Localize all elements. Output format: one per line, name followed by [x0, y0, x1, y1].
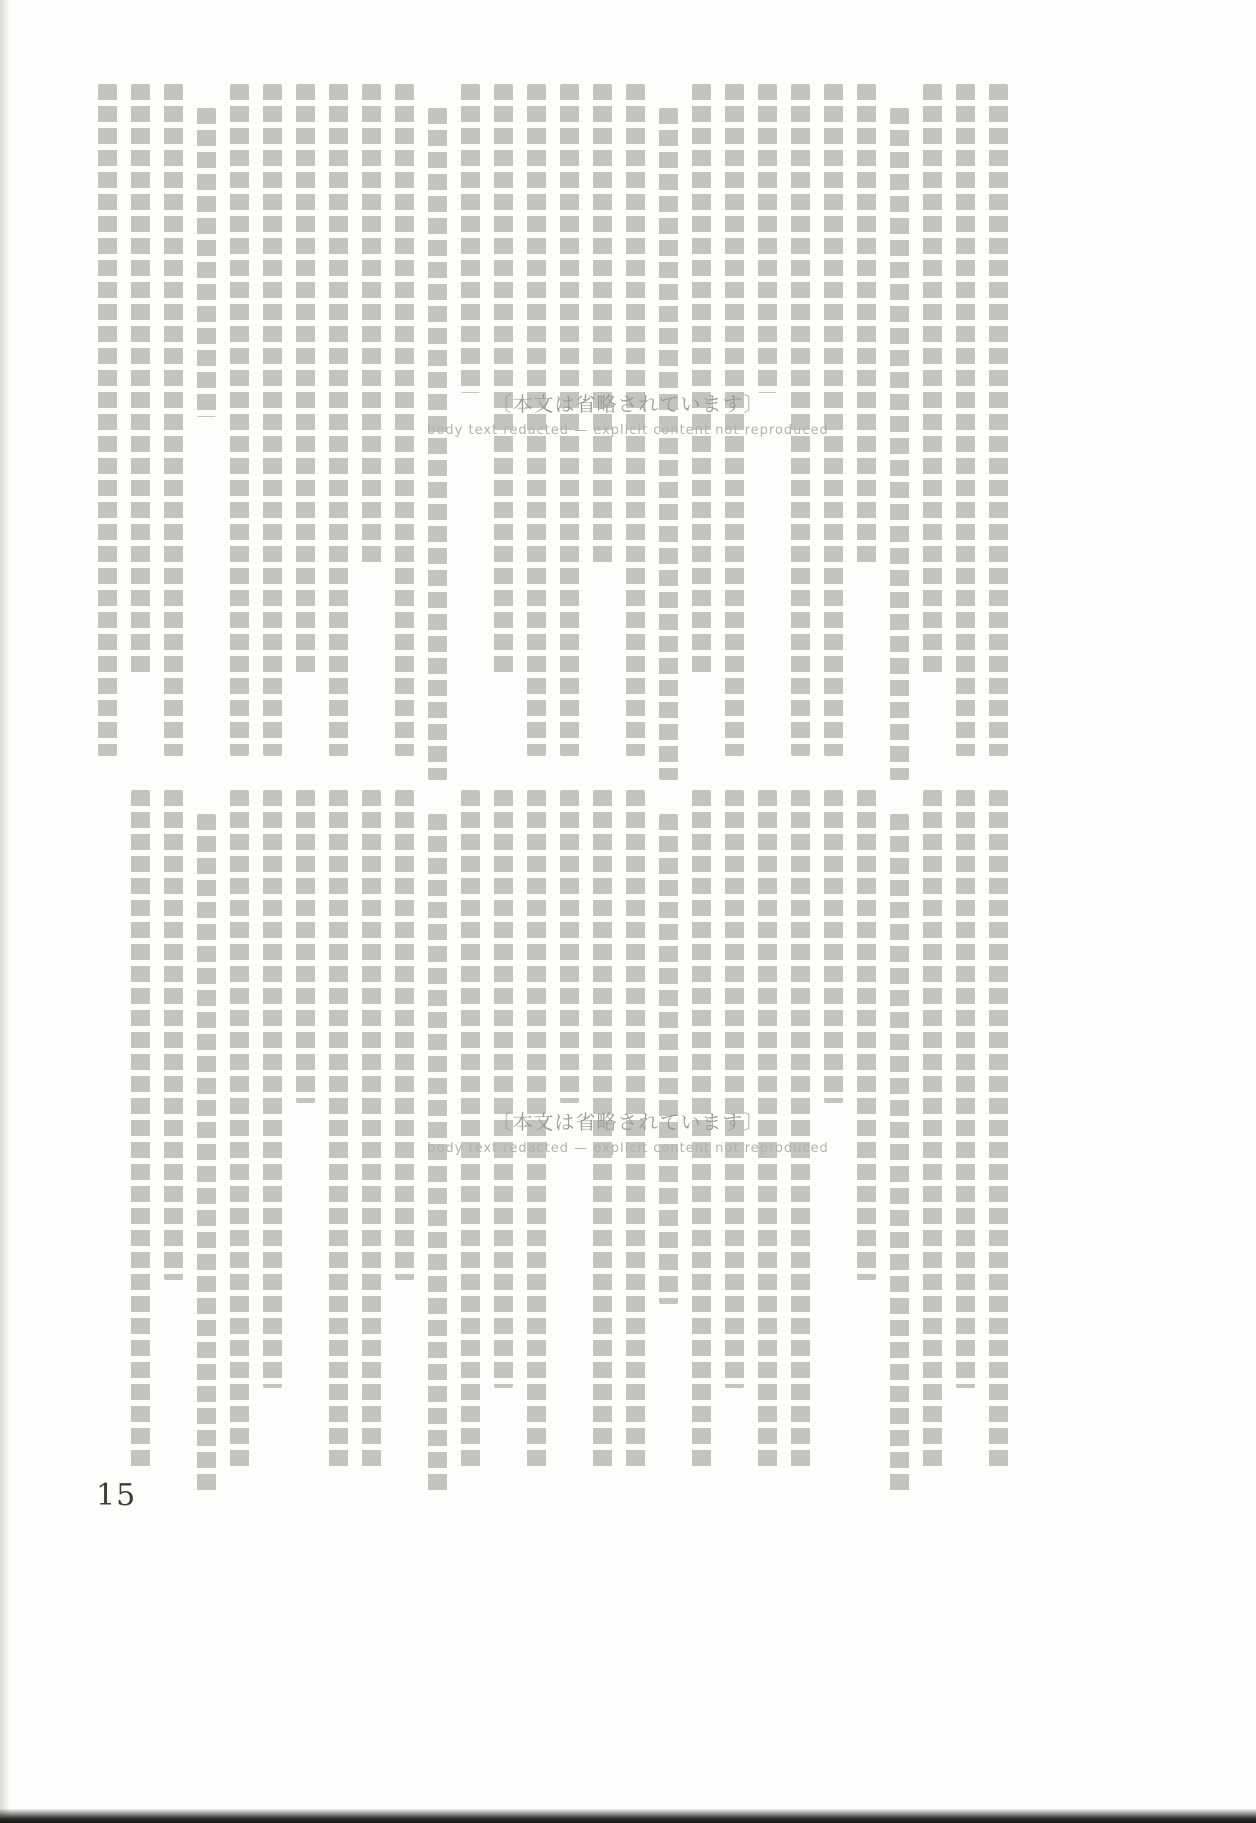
- redacted-text-column: [296, 790, 315, 1103]
- redacted-text-column: [890, 814, 909, 1494]
- scanned-book-page: 〔本文は省略されています〕 body text redacted — expli…: [0, 0, 1256, 1823]
- redacted-text-column: [659, 814, 678, 1304]
- redacted-text-column: [131, 790, 150, 1470]
- redacted-text-column: [329, 790, 348, 1470]
- redacted-text-column: [461, 84, 480, 393]
- redacted-text-column: [197, 108, 216, 417]
- redacted-text-column: [692, 790, 711, 1470]
- redacted-text-column: [560, 790, 579, 1103]
- redacted-text-column: [923, 790, 942, 1470]
- redacted-text-column: [857, 84, 876, 568]
- redacted-text-column: [395, 790, 414, 1280]
- redacted-text-column: [263, 790, 282, 1388]
- redacted-text-column: [494, 790, 513, 1388]
- redacted-text-column: [626, 790, 645, 1470]
- redacted-text-column: [989, 790, 1008, 1470]
- redacted-text-column: [428, 108, 447, 780]
- page-number: 15: [96, 1478, 136, 1513]
- redacted-text-column: [890, 108, 909, 780]
- top-text-block: [88, 84, 1008, 756]
- redacted-text-column: [758, 790, 777, 1470]
- redacted-text-column: [593, 84, 612, 568]
- redacted-text-column: [593, 790, 612, 1470]
- redacted-text-column: [362, 790, 381, 1470]
- redacted-text-column: [791, 84, 810, 756]
- redacted-text-column: [725, 84, 744, 756]
- scan-left-edge: [0, 0, 10, 1823]
- bottom-text-block: [88, 790, 1008, 1470]
- redacted-text-column: [758, 84, 777, 393]
- redacted-text-column: [824, 790, 843, 1103]
- redacted-text-column: [956, 84, 975, 756]
- redacted-text-column: [131, 84, 150, 675]
- redacted-text-column: [989, 84, 1008, 756]
- redacted-text-column: [329, 84, 348, 756]
- redacted-text-column: [857, 790, 876, 1280]
- redacted-text-column: [791, 790, 810, 1470]
- redacted-text-column: [956, 790, 975, 1388]
- redacted-text-column: [560, 84, 579, 756]
- redacted-text-column: [626, 84, 645, 756]
- redacted-text-column: [164, 84, 183, 756]
- redacted-text-column: [725, 790, 744, 1388]
- redacted-text-column: [164, 790, 183, 1280]
- redacted-text-column: [296, 84, 315, 675]
- scan-bottom-edge: [0, 1809, 1256, 1823]
- redacted-text-column: [230, 790, 249, 1470]
- redacted-text-column: [494, 84, 513, 675]
- redacted-text-column: [461, 790, 480, 1470]
- redacted-text-column: [230, 84, 249, 756]
- redacted-text-column: [395, 84, 414, 756]
- redacted-text-column: [197, 814, 216, 1494]
- redacted-text-column: [527, 790, 546, 1470]
- redacted-text-column: [362, 84, 381, 568]
- redacted-text-column: [263, 84, 282, 756]
- redacted-text-column: [692, 84, 711, 675]
- redacted-text-column: [824, 84, 843, 756]
- redacted-text-column: [923, 84, 942, 675]
- redacted-text-column: [527, 84, 546, 756]
- redacted-text-column: [428, 814, 447, 1494]
- redacted-text-column: [659, 108, 678, 780]
- redacted-text-column: [98, 84, 117, 756]
